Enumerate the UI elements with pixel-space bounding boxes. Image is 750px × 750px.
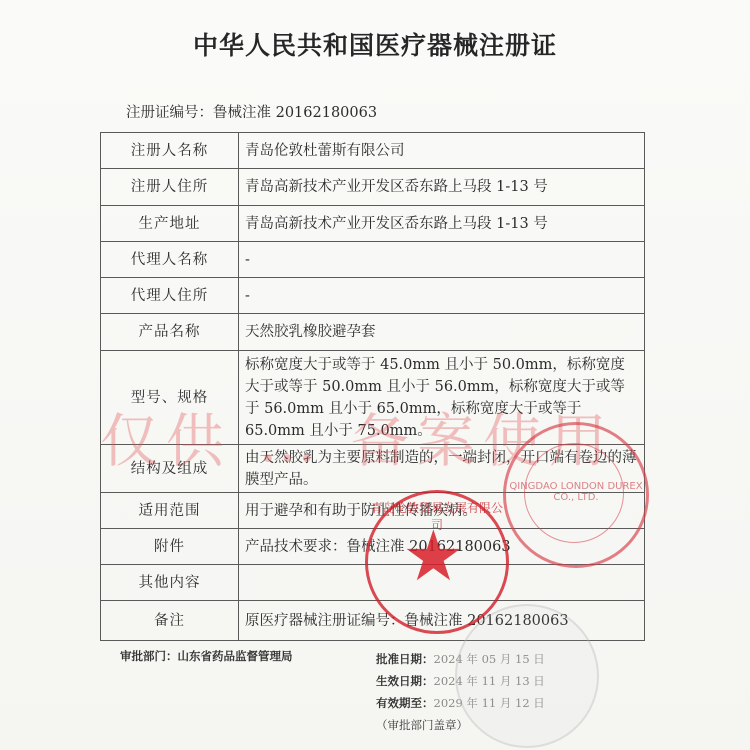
row-label: 产品名称: [101, 314, 239, 351]
row-value: 标称宽度大于或等于 45.0mm 且小于 50.0mm，标称宽度大于或等于 50…: [239, 351, 645, 445]
table-row: 生产地址 青岛高新技术产业开发区岙东路上马段 1-13 号: [101, 206, 645, 242]
table-row: 代理人住所 -: [101, 278, 645, 314]
table-row: 代理人名称 -: [101, 242, 645, 278]
row-label: 附件: [101, 529, 239, 565]
row-value: 青岛高新技术产业开发区岙东路上马段 1-13 号: [239, 169, 645, 206]
row-label: 型号、规格: [101, 351, 239, 445]
document-title: 中华人民共和国医疗器械注册证: [0, 26, 750, 62]
effective-date: 生效日期：2024 年 11 月 13 日: [376, 670, 545, 692]
approval-date: 批准日期：2024 年 05 月 15 日: [376, 648, 545, 670]
effective-date-label: 生效日期：: [376, 674, 434, 688]
table-row: 型号、规格 标称宽度大于或等于 45.0mm 且小于 50.0mm，标称宽度大于…: [101, 351, 645, 445]
row-label: 注册人住所: [101, 169, 239, 206]
row-label: 生产地址: [101, 206, 239, 242]
table-row: 注册人名称 青岛伦敦杜蕾斯有限公司: [101, 133, 645, 169]
valid-until-label: 有效期至：: [376, 696, 434, 710]
seal-note: （审批部门盖章）: [376, 714, 545, 736]
approval-date-label: 批准日期：: [376, 652, 434, 666]
row-value: 原医疗器械注册证编号：鲁械注准 20162180063: [239, 601, 645, 641]
certificate-page: 中华人民共和国医疗器械注册证 注册证编号：鲁械注准 20162180063 注册…: [0, 0, 750, 750]
row-value: -: [239, 242, 645, 278]
row-label: 备注: [101, 601, 239, 641]
row-label: 代理人住所: [101, 278, 239, 314]
certificate-number-label: 注册证编号：: [126, 105, 213, 121]
registration-table: 注册人名称 青岛伦敦杜蕾斯有限公司 注册人住所 青岛高新技术产业开发区岙东路上马…: [100, 132, 645, 641]
certificate-number-value: 鲁械注准 20162180063: [213, 105, 377, 121]
table-row: 适用范围 用于避孕和有助于防止性传播疾病。: [101, 493, 645, 529]
row-value: -: [239, 278, 645, 314]
valid-until: 有效期至：2029 年 11 月 12 日: [376, 692, 545, 714]
row-value: 由天然胶乳为主要原料制造的，一端封闭，开口端有卷边的薄膜型产品。: [239, 445, 645, 493]
approval-date-value: 2024 年 05 月 15 日: [434, 652, 545, 666]
row-label: 代理人名称: [101, 242, 239, 278]
approval-department: 审批部门：山东省药品监督管理局: [120, 648, 293, 664]
valid-until-value: 2029 年 11 月 12 日: [434, 696, 545, 710]
row-value: 青岛伦敦杜蕾斯有限公司: [239, 133, 645, 169]
row-label: 其他内容: [101, 565, 239, 601]
table-row: 备注 原医疗器械注册证编号：鲁械注准 20162180063: [101, 601, 645, 641]
row-value: 用于避孕和有助于防止性传播疾病。: [239, 493, 645, 529]
row-value: [239, 565, 645, 601]
effective-date-value: 2024 年 11 月 13 日: [434, 674, 545, 688]
certificate-number: 注册证编号：鲁械注准 20162180063: [126, 101, 377, 122]
date-block: 批准日期：2024 年 05 月 15 日 生效日期：2024 年 11 月 1…: [376, 648, 545, 736]
row-label: 注册人名称: [101, 133, 239, 169]
row-label: 结构及组成: [101, 445, 239, 493]
table-row: 注册人住所 青岛高新技术产业开发区岙东路上马段 1-13 号: [101, 169, 645, 206]
row-value: 产品技术要求：鲁械注准 20162180063: [239, 529, 645, 565]
table-row: 结构及组成 由天然胶乳为主要原料制造的，一端封闭，开口端有卷边的薄膜型产品。: [101, 445, 645, 493]
row-value: 青岛高新技术产业开发区岙东路上马段 1-13 号: [239, 206, 645, 242]
row-value: 天然胶乳橡胶避孕套: [239, 314, 645, 351]
table-row: 其他内容: [101, 565, 645, 601]
row-label: 适用范围: [101, 493, 239, 529]
table-row: 产品名称 天然胶乳橡胶避孕套: [101, 314, 645, 351]
table-row: 附件 产品技术要求：鲁械注准 20162180063: [101, 529, 645, 565]
